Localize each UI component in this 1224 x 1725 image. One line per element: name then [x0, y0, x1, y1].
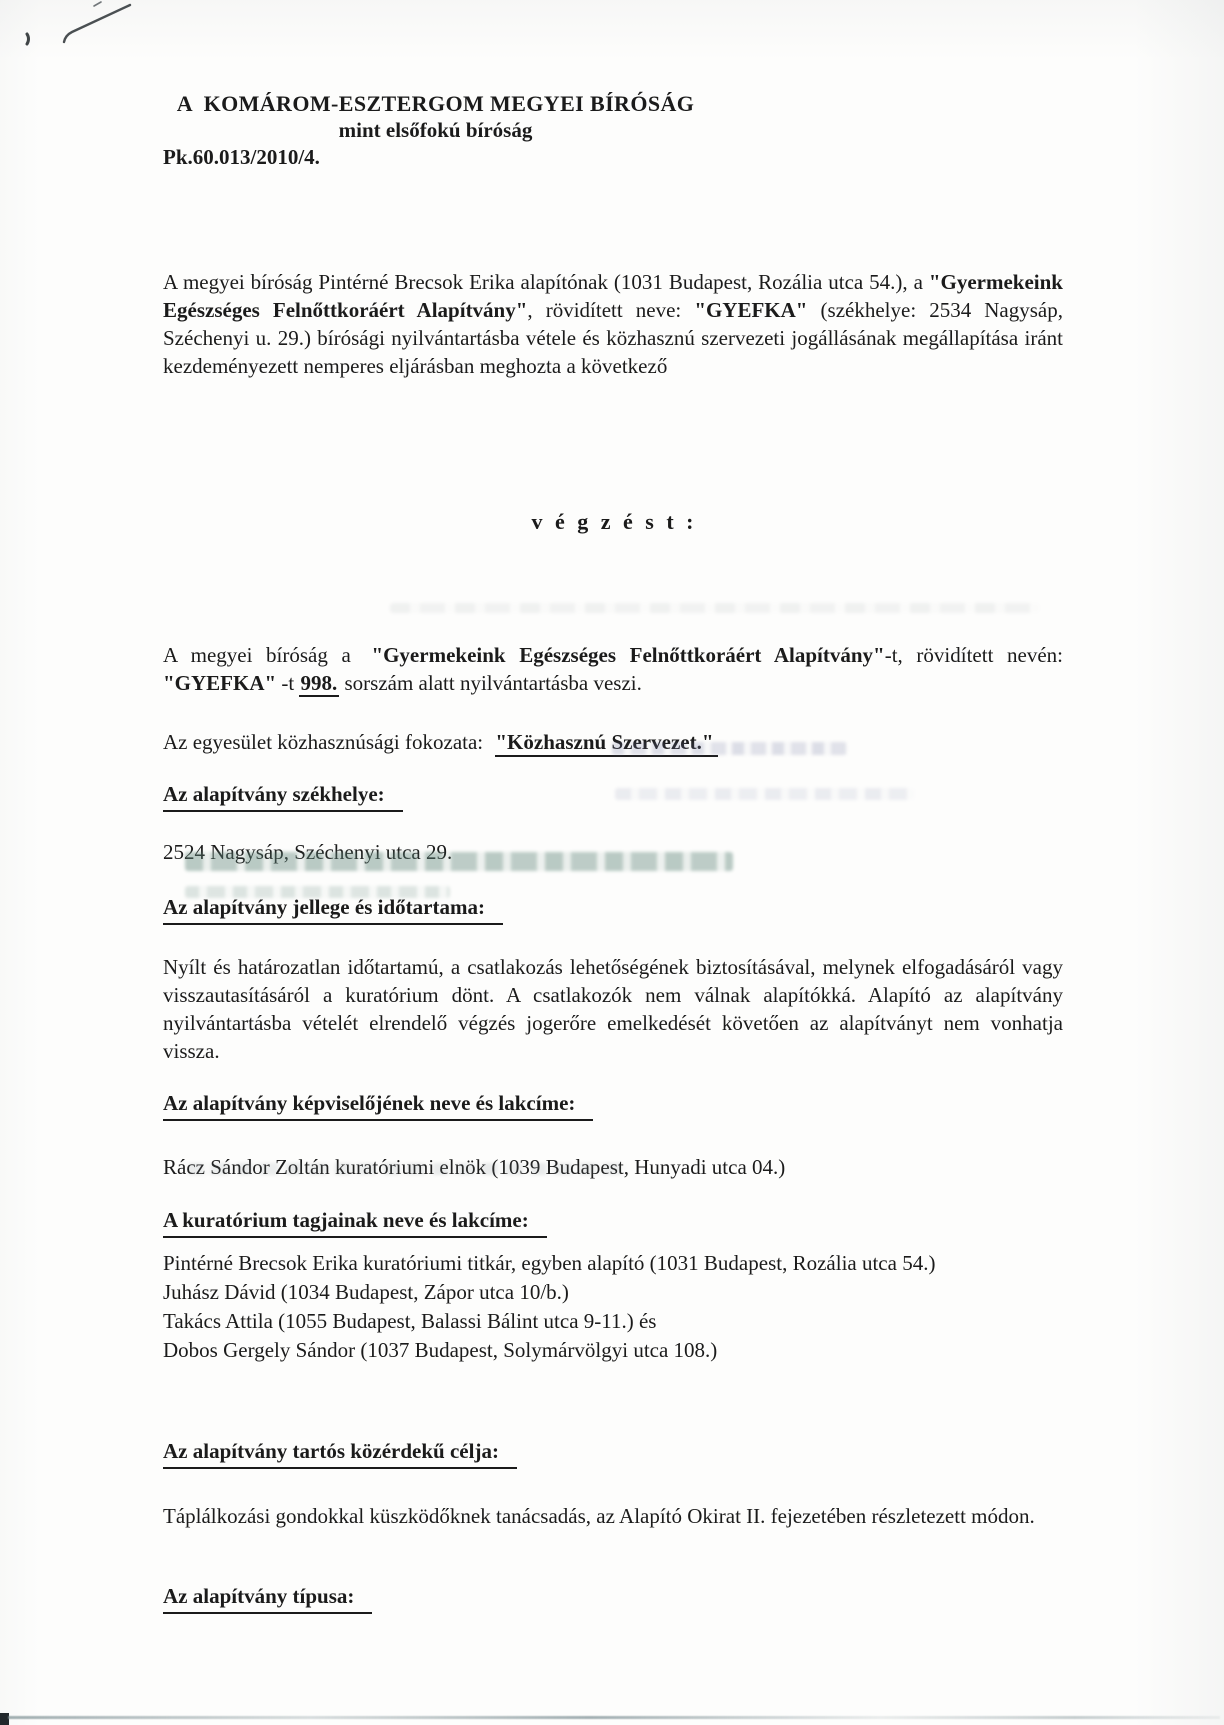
nature-paragraph: Nyílt és határozatlan időtartamú, a csat…: [163, 953, 1063, 1065]
heading-text: A kuratórium tagjainak neve és lakcíme:: [163, 1206, 547, 1238]
section-heading-representative: Az alapítvány képviselőjének neve és lak…: [163, 1089, 593, 1121]
ruling-paragraph: A megyei bíróság a "Gyermekeink Egészség…: [163, 641, 1063, 697]
foundation-abbreviation: "GYEFKA": [163, 671, 276, 695]
court-role: mint elsőfokú bíróság: [163, 117, 708, 144]
foundation-abbreviation: "GYEFKA": [694, 298, 807, 322]
document-header: A KOMÁROM-ESZTERGOM MEGYEI BÍRÓSÁG mint …: [163, 90, 708, 171]
section-heading-seat: Az alapítvány székhelye:: [163, 780, 403, 812]
heading-text: Az alapítvány típusa:: [163, 1582, 372, 1614]
classification-value: "Közhasznú Szervezet.": [495, 730, 717, 757]
board-member-line: Dobos Gergely Sándor (1037 Budapest, Sol…: [163, 1336, 1063, 1365]
heading-text: Az alapítvány tartós közérdekű célja:: [163, 1437, 517, 1469]
section-heading-type: Az alapítvány típusa:: [163, 1582, 372, 1614]
scanned-court-document: A KOMÁROM-ESZTERGOM MEGYEI BÍRÓSÁG mint …: [0, 0, 1224, 1725]
heading-text: Az alapítvány székhelye:: [163, 780, 403, 812]
bleed-through-smudge: [615, 788, 915, 800]
foundation-full-name: "Gyermekeink Egészséges Felnőttkoráért A…: [371, 643, 884, 667]
classification-line: Az egyesület közhasznúsági fokozata: "Kö…: [163, 728, 1063, 756]
intro-text-pre: A megyei bíróság Pintérné Brecsok Erika …: [163, 270, 929, 294]
classification-label: Az egyesület közhasznúsági fokozata:: [163, 730, 488, 754]
heading-text: Az alapítvány jellege és időtartama:: [163, 893, 503, 925]
intro-paragraph: A megyei bíróság Pintérné Brecsok Erika …: [163, 268, 1063, 380]
seat-address: 2524 Nagysáp, Széchenyi utca 29.: [163, 838, 1063, 866]
section-heading-board: A kuratórium tagjainak neve és lakcíme:: [163, 1206, 547, 1238]
court-name: A KOMÁROM-ESZTERGOM MEGYEI BÍRÓSÁG: [163, 90, 708, 117]
purpose-paragraph: Táplálkozási gondokkal küszködőknek taná…: [163, 1502, 1063, 1530]
ruling-text-pre: A megyei bíróság a: [163, 643, 364, 667]
scan-edge-mark: [0, 1713, 9, 1725]
decision-word: v é g z é s t :: [163, 508, 1063, 536]
ruling-text-mid: -t, rövidített nevén:: [885, 643, 1063, 667]
scan-edge-streak: [8, 1716, 1220, 1719]
representative-line: Rácz Sándor Zoltán kuratóriumi elnök (10…: [163, 1153, 1063, 1181]
ruling-text-post: sorszám alatt nyilvántartásba veszi.: [339, 671, 642, 695]
board-members-list: Pintérné Brecsok Erika kuratóriumi titká…: [163, 1249, 1063, 1365]
board-member-line: Pintérné Brecsok Erika kuratóriumi titká…: [163, 1249, 1063, 1278]
board-member-line: Juhász Dávid (1034 Budapest, Zápor utca …: [163, 1278, 1063, 1307]
section-heading-nature: Az alapítvány jellege és időtartama:: [163, 893, 503, 925]
registration-number: 998.: [299, 671, 339, 697]
heading-text: Az alapítvány képviselőjének neve és lak…: [163, 1089, 593, 1121]
intro-text-mid: , rövidített neve:: [527, 298, 694, 322]
ruling-text-t: -t: [276, 671, 299, 695]
bleed-through-smudge: [390, 603, 1040, 613]
pen-stroke-artifact: [14, 0, 144, 52]
section-heading-purpose: Az alapítvány tartós közérdekű célja:: [163, 1437, 517, 1469]
board-member-line: Takács Attila (1055 Budapest, Balassi Bá…: [163, 1307, 1063, 1336]
case-number: Pk.60.013/2010/4.: [163, 144, 708, 171]
